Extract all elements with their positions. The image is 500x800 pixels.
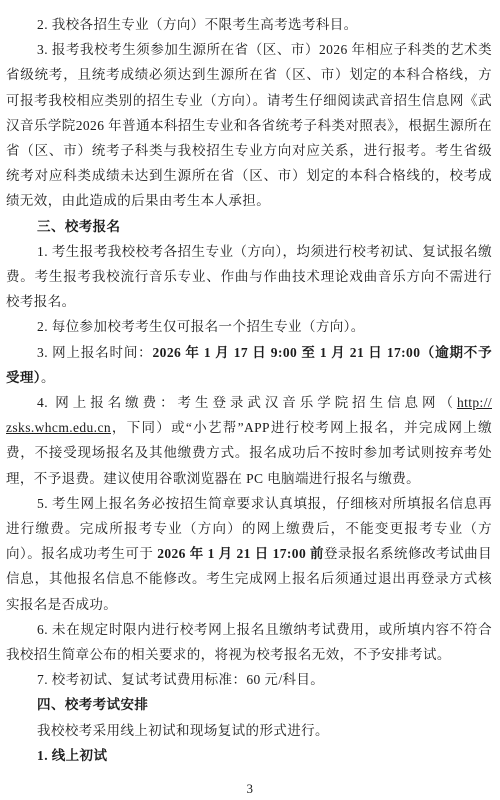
para-exam-format: 我校校考采用线上初试和现场复试的形式进行。: [6, 718, 492, 743]
para-elective-subjects: 2. 我校各招生专业（方向）不限考生高考选考科目。: [6, 12, 492, 37]
para-registration-item-4: 4. 网上报名缴费：考生登录武汉音乐学院招生信息网（http://zsks.wh…: [6, 390, 492, 491]
page-number: 3: [0, 776, 500, 800]
payment-instructions-pre: 4. 网上报名缴费：考生登录武汉音乐学院招生信息网（: [37, 395, 457, 410]
para-registration-item-5: 5. 考生网上报名务必按招生简章要求认真填报，仔细核对所填报名信息再进行缴费。完…: [6, 491, 492, 617]
section-heading-registration: 三、校考报名: [6, 214, 492, 239]
admissions-site-link-domain: zsks.whcm.edu.cn: [6, 420, 111, 435]
section-heading-exam-arrangement: 四、校考考试安排: [6, 692, 492, 717]
para-registration-item-1: 1. 考生报考我校校考各招生专业（方向），均须进行校考初试、复试报名缴费。考生报…: [6, 239, 492, 315]
document-page: 2. 我校各招生专业（方向）不限考生高考选考科目。 3. 报考我校考生须参加生源…: [0, 0, 500, 800]
registration-time-label: 3. 网上报名时间：: [37, 345, 152, 360]
para-registration-item-2: 2. 每位参加校考考生仅可报名一个招生专业（方向）。: [6, 314, 492, 339]
para-registration-item-6: 6. 未在规定时限内进行校考网上报名且缴纳考试费用，或所填内容不符合我校招生简章…: [6, 617, 492, 667]
para-registration-item-7: 7. 校考初试、复试考试费用标准：60 元/科目。: [6, 667, 492, 692]
registration-time-period: 。: [41, 370, 55, 385]
para-registration-item-3: 3. 网上报名时间：2026 年 1 月 17 日 9:00 至 1 月 21 …: [6, 340, 492, 390]
edit-deadline-value: 2026 年 1 月 21 日 17:00 前: [157, 546, 324, 561]
subheading-online-preliminary: 1. 线上初试: [6, 743, 492, 768]
para-provincial-exam-requirement: 3. 报考我校考生须参加生源所在省（区、市）2026 年相应子科类的艺术类省级统…: [6, 37, 492, 213]
admissions-site-link-scheme: http://: [457, 395, 492, 410]
